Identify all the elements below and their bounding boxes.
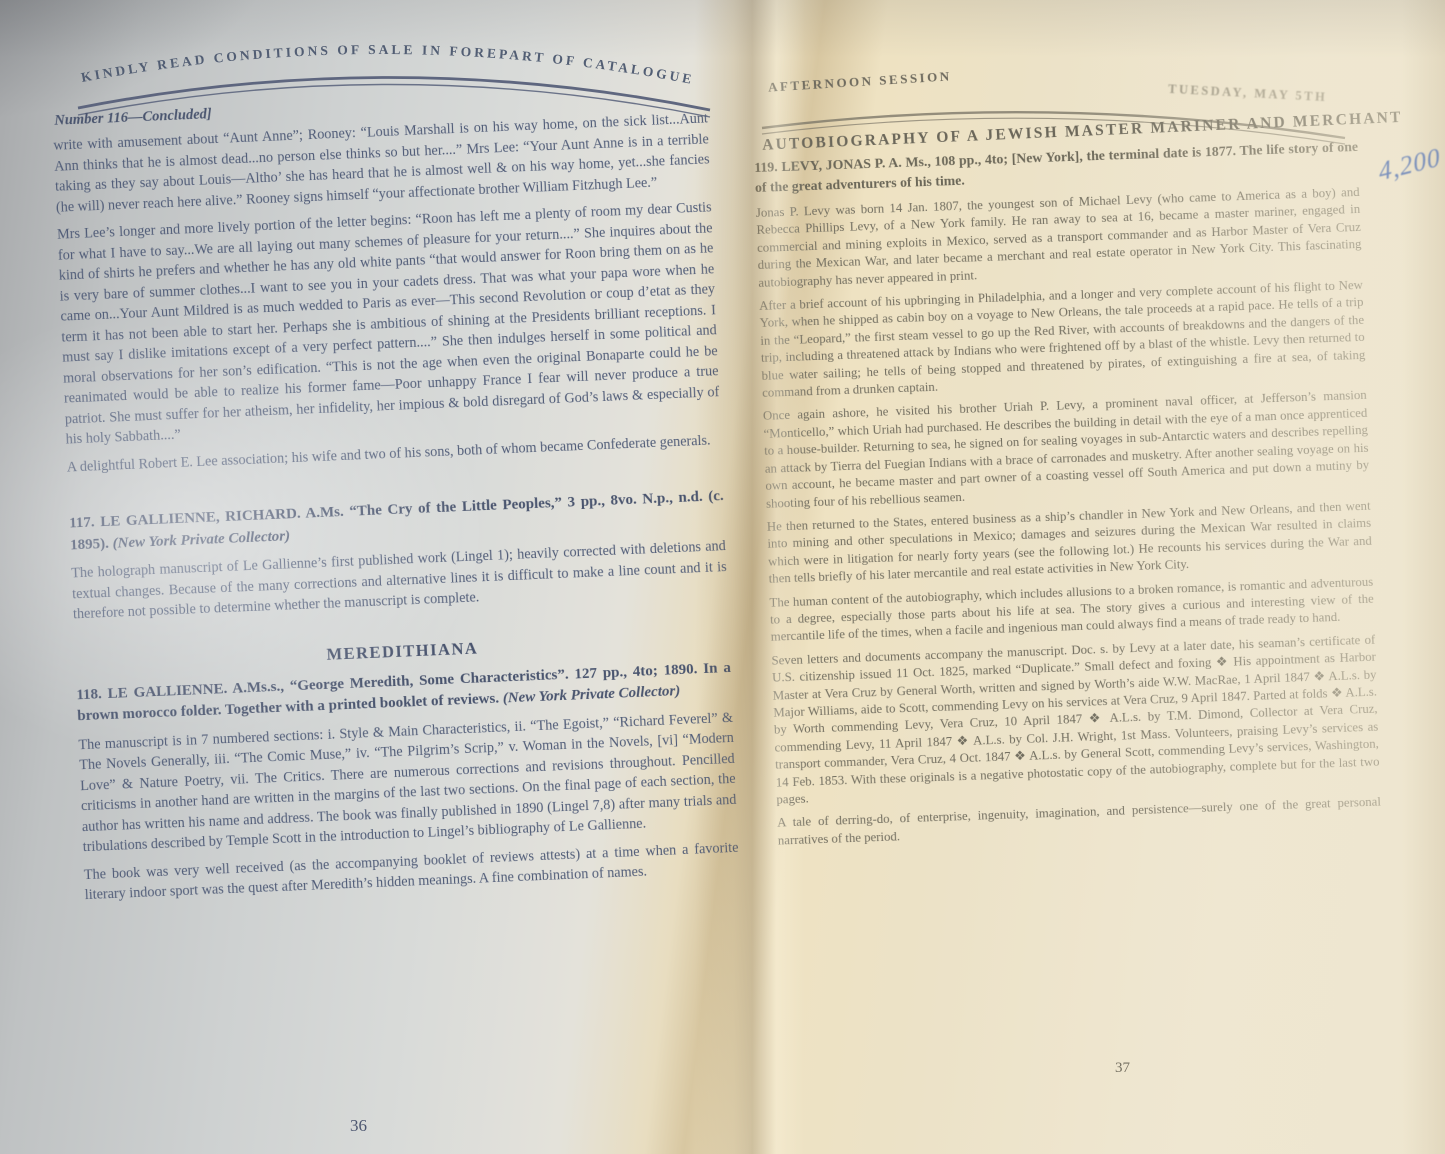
handwritten-price-annotation: 4,200 <box>1377 142 1443 187</box>
lot-118-paragraph: The manuscript is in 7 numbered sections… <box>78 707 738 857</box>
lot-119-paragraph: Once again ashore, he visited his brothe… <box>763 387 1370 512</box>
left-page-number: 36 <box>350 1116 367 1136</box>
lot-119-paragraph: After a brief account of his upbringing … <box>759 277 1366 402</box>
lot-117-collector: (New York Private Collector) <box>112 528 290 551</box>
lot-119-paragraph: He then returned to the States, entered … <box>767 498 1373 589</box>
conditions-of-sale-header: KINDLY READ CONDITIONS OF SALE IN FOREPA… <box>80 42 696 87</box>
lot-119-paragraph: Seven letters and documents accompany th… <box>771 631 1380 809</box>
lot-118-collector: (New York Private Collector) <box>502 683 680 706</box>
lot-116-paragraph: Mrs Lee’s longer and more lively portion… <box>57 197 721 450</box>
right-page-number: 37 <box>1115 1060 1130 1077</box>
auction-catalogue-photo: KINDLY READ CONDITIONS OF SALE IN FOREPA… <box>0 0 1445 1154</box>
left-page-content: Number 116—Concluded] write with amuseme… <box>52 85 740 912</box>
lot-119-paragraph: Jonas P. Levy was born 14 Jan. 1807, the… <box>756 184 1363 292</box>
right-page-content: 119. LEVY, JONAS P. A. Ms., 108 pp., 4to… <box>754 137 1382 856</box>
